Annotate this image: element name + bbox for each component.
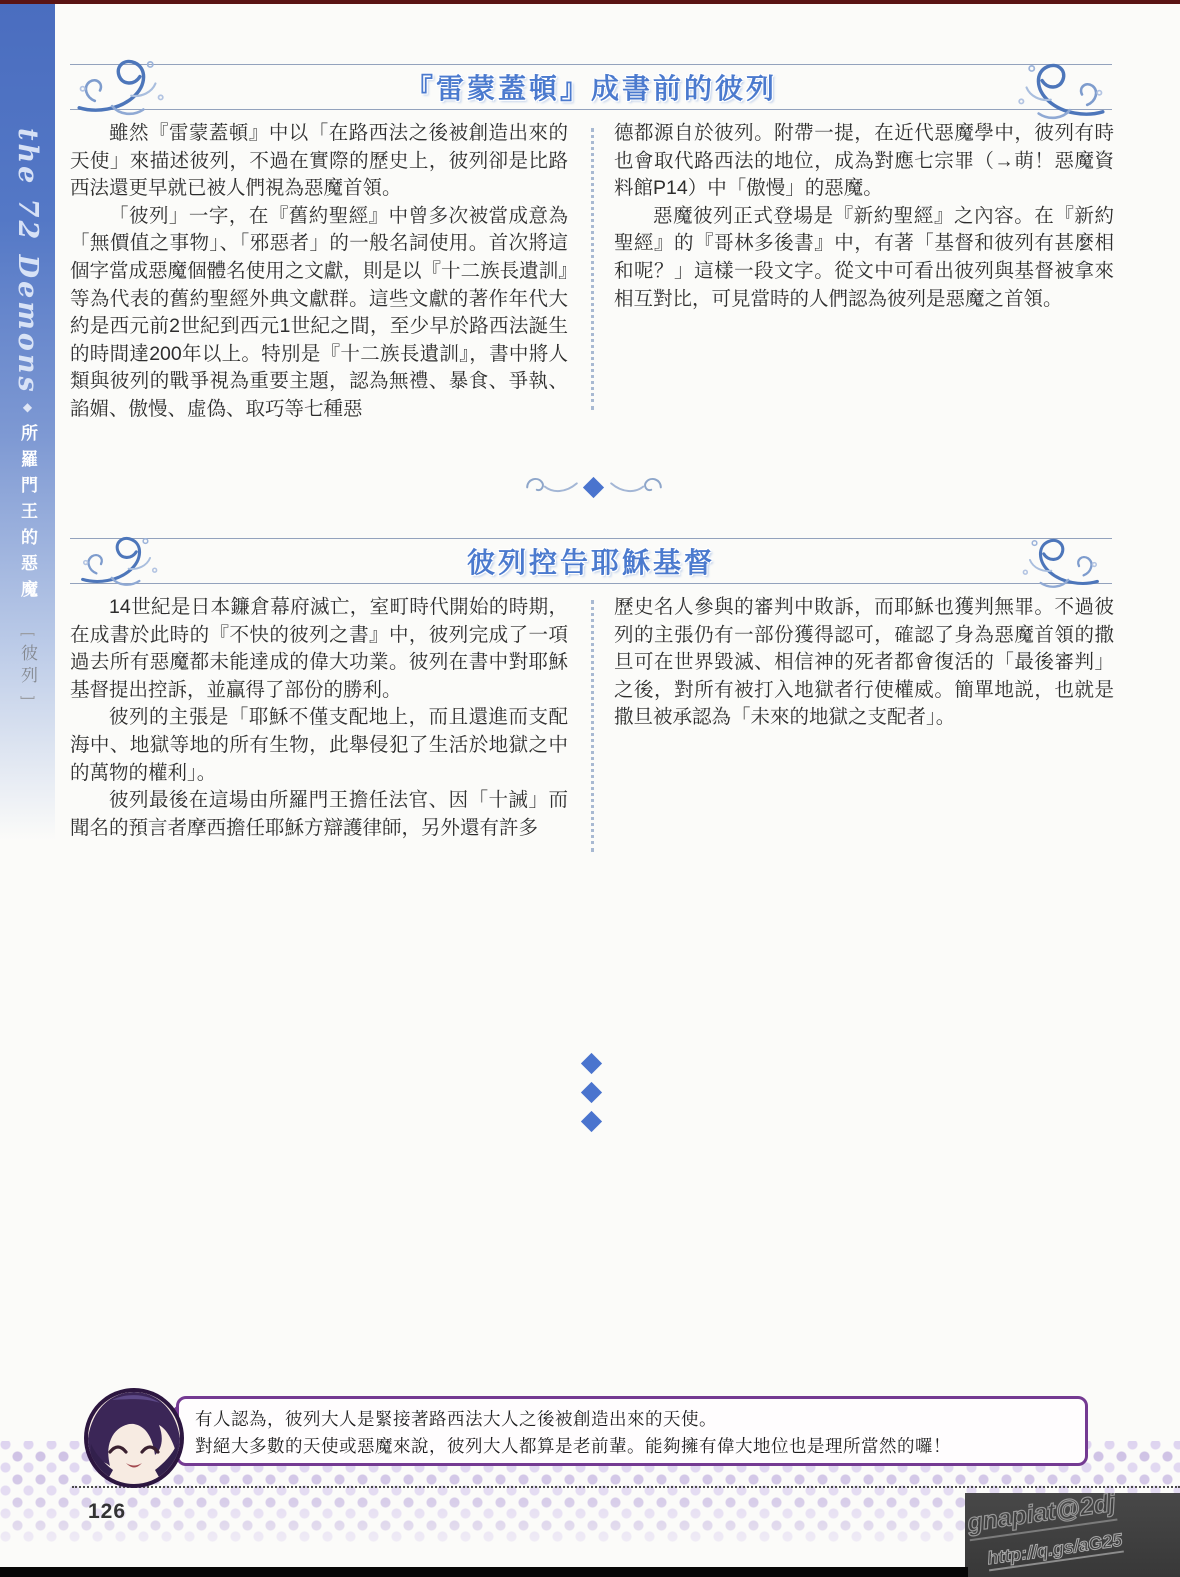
book-page-scan: the 72 Demons ◆ 所羅門王的惡魔 [ 彼列 ] 『雷蒙蓋頓』成書前… — [0, 0, 1180, 1577]
column-divider — [591, 600, 594, 852]
watermark: gnapiat@2dj http://q.gs/aG25 — [965, 1493, 1180, 1577]
paragraph: 14世紀是日本鐮倉幕府滅亡，室町時代開始的時期，在成書於此時的『不快的彼列之書』… — [70, 594, 568, 704]
speech-bubble: 有人認為，彼列大人是緊接著路西法大人之後被創造出來的天使。 對絕大多數的天使或惡… — [176, 1396, 1088, 1466]
bracket-close: ] — [21, 696, 33, 700]
paragraph: 彼列最後在這場由所羅門王擔任法官、因「十誡」而聞名的預言者摩西擔任耶穌方辯護律師… — [70, 787, 568, 842]
paragraph: 惡魔彼列正式登場是『新約聖經』之內容。在『新約聖經』的『哥林多後書』中，有著「基… — [614, 203, 1114, 313]
diamond-icon — [581, 1053, 602, 1074]
paragraph: 雖然『雷蒙蓋頓』中以「在路西法之後被創造出來的天使」來描述彼列，不過在實際的歷史… — [70, 120, 568, 203]
scan-top-edge — [0, 0, 1180, 4]
section-1-header: 『雷蒙蓋頓』成書前的彼列 — [70, 64, 1112, 110]
paragraph: 彼列的主張是「耶穌不僅支配地上，而且還進而支配海中、地獄等地的所有生物，此舉侵犯… — [70, 704, 568, 787]
scan-bottom-edge — [0, 1567, 968, 1577]
section-2-title: 彼列控告耶穌基督 — [70, 541, 1112, 581]
section-2-left-column: 14世紀是日本鐮倉幕府滅亡，室町時代開始的時期，在成書於此時的『不快的彼列之書』… — [70, 594, 568, 842]
diamond-icon — [581, 1082, 602, 1103]
header-rule — [70, 109, 1112, 110]
section-1-right-column: 德都源自於彼列。附帶一提，在近代惡魔學中，彼列有時也會取代路西法的地位，成為對應… — [614, 120, 1114, 313]
sidebar: the 72 Demons ◆ 所羅門王的惡魔 [ 彼列 ] — [0, 0, 55, 840]
book-title: 所羅門王的惡魔 — [15, 424, 40, 606]
section-2-right-column: 歷史名人參與的審判中敗訴，而耶穌也獲判無罪。不過彼列的主張仍有一部份獲得認可，確… — [614, 594, 1114, 732]
flourish-icon — [78, 530, 170, 592]
section-1-left-column: 雖然『雷蒙蓋頓』中以「在路西法之後被創造出來的天使」來描述彼列，不過在實際的歷史… — [70, 120, 568, 424]
section-1-title: 『雷蒙蓋頓』成書前的彼列 — [70, 67, 1112, 107]
section-2-header: 彼列控告耶穌基督 — [70, 538, 1112, 584]
diamond-icon — [581, 1111, 602, 1132]
diamond-icon — [583, 477, 604, 498]
flourish-icon — [74, 52, 178, 122]
flourish-icon — [1004, 56, 1108, 126]
column-divider — [591, 128, 594, 410]
chapter-name: 彼列 — [15, 644, 40, 688]
page-number: 126 — [88, 1500, 126, 1524]
dotted-separator — [72, 1486, 1180, 1488]
callout-line: 有人認為，彼列大人是緊接著路西法大人之後被創造出來的天使。 — [195, 1406, 1069, 1433]
paragraph: 德都源自於彼列。附帶一提，在近代惡魔學中，彼列有時也會取代路西法的地位，成為對應… — [614, 120, 1114, 203]
curl-flourish-icon — [524, 472, 580, 498]
bracket-open: [ — [21, 632, 33, 636]
series-title: the 72 Demons — [12, 128, 43, 395]
flourish-icon — [1010, 532, 1102, 594]
header-rule — [70, 583, 1112, 584]
header-rule — [70, 64, 1112, 65]
paragraph: 「彼列」一字，在『舊約聖經』中曾多次被當成意為「無價值之事物」、「邪惡者」的一般… — [70, 203, 568, 424]
callout-line: 對絕大多數的天使或惡魔來說，彼列大人都算是老前輩。能夠擁有偉大地位也是理所當然的… — [195, 1433, 1069, 1460]
curl-flourish-icon — [608, 472, 664, 498]
header-rule — [70, 538, 1112, 539]
paragraph: 歷史名人參與的審判中敗訴，而耶穌也獲判無罪。不過彼列的主張仍有一部份獲得認可，確… — [614, 594, 1114, 732]
diamond-icon: ◆ — [23, 400, 32, 414]
chapter-label: [ 彼列 ] — [15, 628, 40, 704]
character-avatar — [82, 1386, 186, 1490]
